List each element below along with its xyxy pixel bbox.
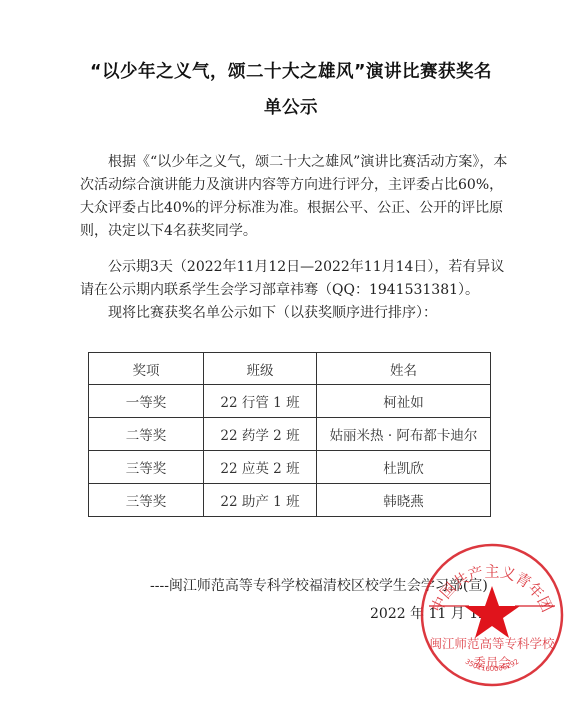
table-row: 二等奖 22 药学 2 班 姑丽米热 · 阿布都卡迪尔 (89, 418, 491, 451)
seal-middle-text: 闽江师范高等专科学校 (429, 636, 555, 651)
cell-class: 22 行管 1 班 (204, 385, 317, 418)
cell-class: 22 应英 2 班 (204, 451, 317, 484)
table-row: 三等奖 22 助产 1 班 韩晓燕 (89, 484, 491, 517)
cell-award: 三等奖 (89, 484, 204, 517)
cell-award: 一等奖 (89, 385, 204, 418)
paragraph-publicity-period: 公示期3天（2022年11月12日—2022年11月14日），若有异议请在公示期… (80, 256, 510, 302)
table-row: 一等奖 22 行管 1 班 柯祉如 (89, 385, 491, 418)
document-title-line1: “以少年之义气，颂二十大之雄风”演讲比赛获奖名 (0, 58, 582, 83)
cell-class: 22 药学 2 班 (204, 418, 317, 451)
cell-award: 二等奖 (89, 418, 204, 451)
cell-name: 柯祉如 (317, 385, 491, 418)
document-title-line2: 单公示 (0, 94, 582, 119)
table-row: 三等奖 22 应英 2 班 杜凯欣 (89, 451, 491, 484)
cell-name: 杜凯欣 (317, 451, 491, 484)
paragraph-list-intro: 现将比赛获奖名单公示如下（以获奖顺序进行排序）： (80, 302, 510, 325)
cell-class: 22 助产 1 班 (204, 484, 317, 517)
header-award: 奖项 (89, 353, 204, 385)
official-seal-stamp: 中国共产主义青年团 闽江师范高等专科学校 委员会 3501160006292 (417, 540, 567, 690)
header-class: 班级 (204, 353, 317, 385)
star-icon (464, 586, 520, 638)
awards-table: 奖项 班级 姓名 一等奖 22 行管 1 班 柯祉如 二等奖 22 药学 2 班… (88, 352, 491, 517)
cell-name: 姑丽米热 · 阿布都卡迪尔 (317, 418, 491, 451)
table-header-row: 奖项 班级 姓名 (89, 353, 491, 385)
header-name: 姓名 (317, 353, 491, 385)
paragraph-scoring-rules: 根据《“以少年之义气，颂二十大之雄风”演讲比赛活动方案》，本次活动综合演讲能力及… (80, 151, 510, 243)
cell-award: 三等奖 (89, 451, 204, 484)
cell-name: 韩晓燕 (317, 484, 491, 517)
